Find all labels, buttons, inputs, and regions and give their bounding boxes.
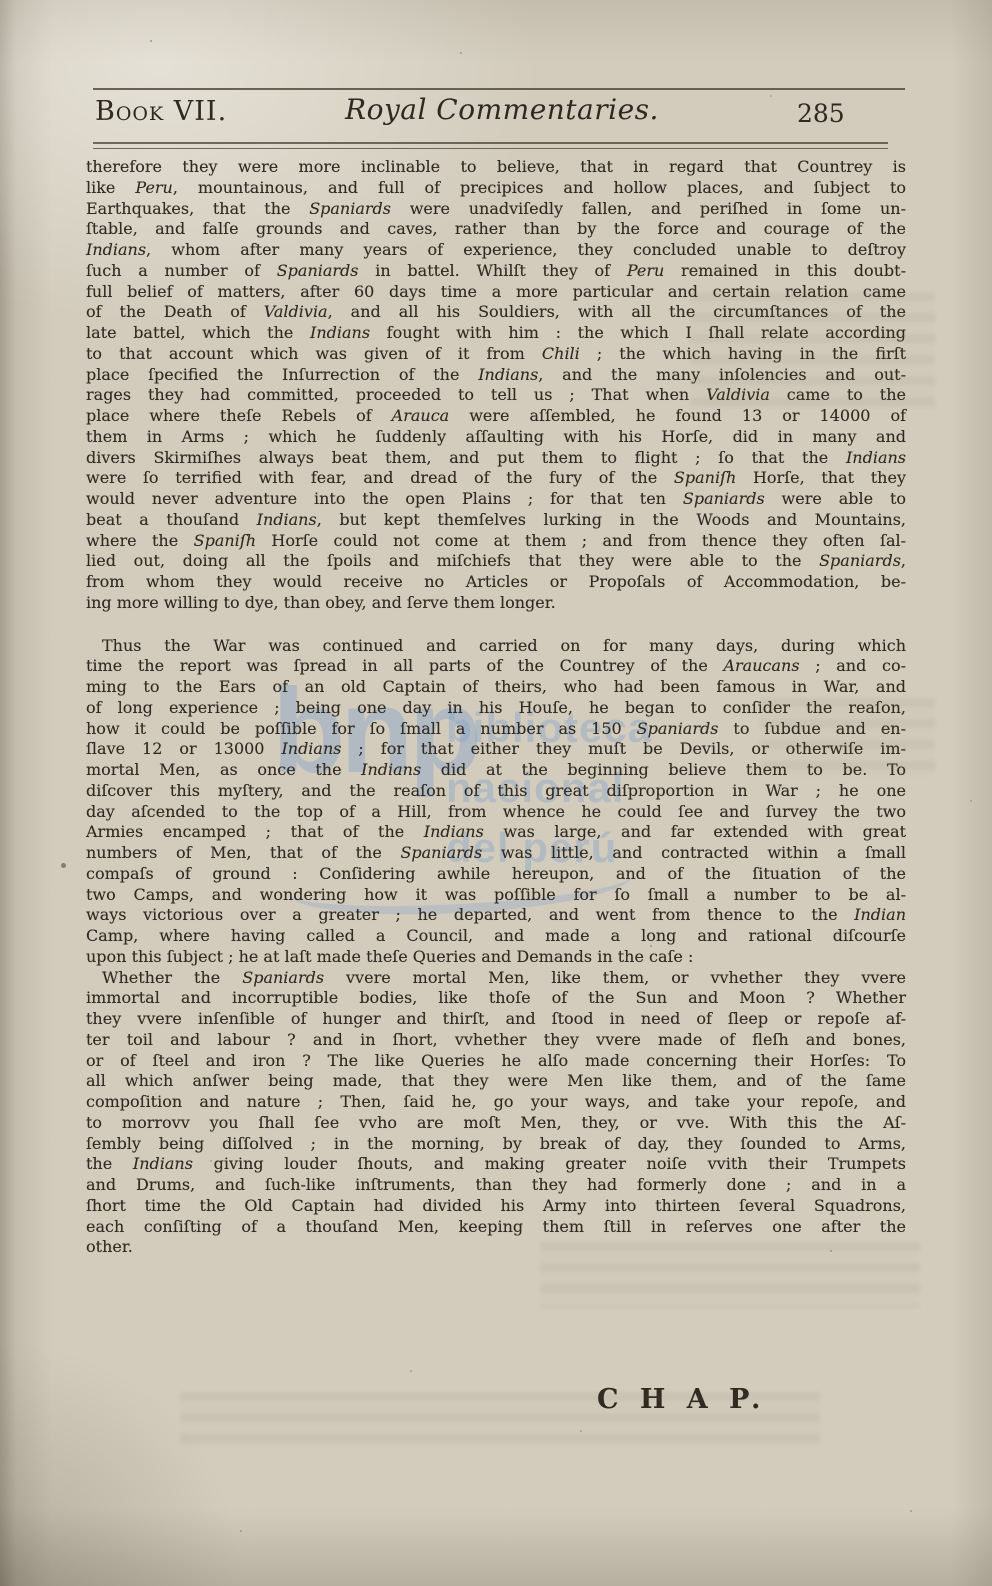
text-line: immortal and incorruptible bodies, like … xyxy=(86,988,906,1009)
text-run: numbers of Men, that of the xyxy=(86,843,400,862)
text-line: were ſo terrified with fear, and dread o… xyxy=(86,468,906,489)
text-run: other. xyxy=(86,1237,133,1256)
italic-text-run: Spaniards xyxy=(819,551,901,570)
text-run: place ſpecified the Inſurrection of the xyxy=(86,365,478,384)
paper-specks xyxy=(150,40,152,42)
text-run: ſtable, and falſe grounds and caves, rat… xyxy=(86,219,906,238)
text-run: therefore they were more inclinable to b… xyxy=(86,157,906,176)
text-run: would never adventure into the open Plai… xyxy=(86,489,683,508)
bleed-through-artifact xyxy=(180,1392,820,1448)
text-run: each conſiſting of a thouſand Men, keepi… xyxy=(86,1217,906,1236)
text-run: vvere mortal Men, like them, or vvhether… xyxy=(324,968,906,987)
text-run: and Drums, and ſuch-like inſtruments, th… xyxy=(86,1175,906,1194)
bleed-through-artifact xyxy=(760,698,935,778)
text-line: or of ſteel and iron ? The like Queries … xyxy=(86,1051,906,1072)
text-run: them in Arms ; which he ſuddenly aſſault… xyxy=(86,427,906,446)
text-run: was large, and far extended with great xyxy=(484,822,906,841)
italic-text-run: Peru xyxy=(135,178,172,197)
italic-text-run: Araucans xyxy=(723,656,799,675)
bleed-through-artifact xyxy=(690,292,935,410)
text-run: Whether the xyxy=(102,968,242,987)
text-run: two Camps, and wondering how it was poſſ… xyxy=(86,885,906,904)
italic-text-run: Indians xyxy=(424,822,484,841)
text-run: in battel. Whilſt they of xyxy=(359,261,627,280)
italic-text-run: Spaniards xyxy=(277,261,359,280)
text-line: day aſcended to the top of a Hill, from … xyxy=(86,802,906,823)
text-run: ſhort time the Old Captain had divided h… xyxy=(86,1196,906,1215)
page-number: 285 xyxy=(797,99,845,128)
text-run: lied out, doing all the ſpoils and miſch… xyxy=(86,551,819,570)
text-line: compaſs of ground : Conſidering awhile h… xyxy=(86,864,906,885)
text-line: Camp, where having called a Council, and… xyxy=(86,926,906,947)
text-run: were able to xyxy=(765,489,906,508)
text-run: how it could be poſſible for ſo ſmall a … xyxy=(86,719,637,738)
text-line: ſuch a number of Spaniards in battel. Wh… xyxy=(86,261,906,282)
text-run: place where theſe Rebels of xyxy=(86,406,392,425)
text-line: Indians, whom after many years of experi… xyxy=(86,240,906,261)
text-run: upon this ſubject ; he at laſt made theſ… xyxy=(86,947,693,966)
text-run: where the xyxy=(86,531,194,550)
italic-text-run: Spaniſh xyxy=(674,468,736,487)
text-line: upon this ſubject ; he at laſt made theſ… xyxy=(86,947,906,968)
text-line: Earthquakes, that the Spaniards were una… xyxy=(86,199,906,220)
text-line: numbers of Men, that of the Spaniards wa… xyxy=(86,843,906,864)
text-line: from whom they would receive no Articles… xyxy=(86,572,906,593)
text-line: and Drums, and ſuch-like inſtruments, th… xyxy=(86,1175,906,1196)
header-rule-top xyxy=(93,88,905,90)
text-run: , xyxy=(901,551,906,570)
text-line: all which anſwer being made, that they w… xyxy=(86,1071,906,1092)
text-line: time the report was ſpread in all parts … xyxy=(86,656,906,677)
text-run: , mountainous, and full of precipices an… xyxy=(173,178,906,197)
text-run: mortal Men, as once the xyxy=(86,760,361,779)
text-line: ways victorious over a greater ; he depa… xyxy=(86,905,906,926)
text-run: Thus the War was continued and carried o… xyxy=(102,636,906,655)
text-line: therefore they were more inclinable to b… xyxy=(86,157,906,178)
text-line: Whether the Spaniards vvere mortal Men, … xyxy=(86,968,906,989)
text-line: ming to the Ears of an old Captain of th… xyxy=(86,677,906,698)
text-run: ways victorious over a greater ; he depa… xyxy=(86,905,854,924)
text-run: they vvere inſenſible of hunger and thir… xyxy=(86,1009,906,1028)
text-line: two Camps, and wondering how it was poſſ… xyxy=(86,885,906,906)
text-run: diſcover this myſtery, and the reaſon of… xyxy=(86,781,906,800)
margin-mark xyxy=(61,863,66,868)
text-line: each conſiſting of a thouſand Men, keepi… xyxy=(86,1217,906,1238)
text-run: ſlave 12 or 13000 xyxy=(86,739,281,758)
text-run: was little, and contracted within a ſmal… xyxy=(482,843,906,862)
text-run: compoſition and nature ; Then, ſaid he, … xyxy=(86,1092,906,1111)
text-run: the xyxy=(86,1154,133,1173)
text-line: like Peru, mountainous, and full of prec… xyxy=(86,178,906,199)
text-run: time the report was ſpread in all parts … xyxy=(86,656,723,675)
book-label: Book VII. xyxy=(95,96,227,127)
text-run: divers Skirmiſhes always beat them, and … xyxy=(86,448,846,467)
text-line: Thus the War was continued and carried o… xyxy=(86,636,906,657)
text-run: ter toil and labour ? and in ſhort, vvhe… xyxy=(86,1030,906,1049)
text-run: were ſo terrified with fear, and dread o… xyxy=(86,468,674,487)
italic-text-run: Spaniards xyxy=(683,489,765,508)
text-run: of the Death of xyxy=(86,302,264,321)
text-line: would never adventure into the open Plai… xyxy=(86,489,906,510)
text-run: ſembly being diſſolved ; in the morning,… xyxy=(86,1134,906,1153)
italic-text-run: Peru xyxy=(627,261,664,280)
text-run: Camp, where having called a Council, and… xyxy=(86,926,906,945)
text-line: ſtable, and falſe grounds and caves, rat… xyxy=(86,219,906,240)
text-run: Earthquakes, that the xyxy=(86,199,309,218)
text-run: immortal and incorruptible bodies, like … xyxy=(86,988,906,1007)
text-line: Armies encamped ; that of the Indians wa… xyxy=(86,822,906,843)
text-line: compoſition and nature ; Then, ſaid he, … xyxy=(86,1092,906,1113)
text-run: or of ſteel and iron ? The like Queries … xyxy=(86,1051,906,1070)
italic-text-run: Indians xyxy=(310,323,370,342)
bleed-through-artifact xyxy=(540,1242,920,1308)
text-run: late battel, which the xyxy=(86,323,310,342)
text-line: beat a thouſand Indians, but kept themſe… xyxy=(86,510,906,531)
text-run: to that account which was given of it fr… xyxy=(86,344,542,363)
text-run: Horſe, that they xyxy=(736,468,906,487)
book-page-scan: bnp biblioteca nacional del perú Book VI… xyxy=(0,0,992,1586)
italic-text-run: Indians xyxy=(846,448,906,467)
text-line: where the Spaniſh Horſe could not come a… xyxy=(86,531,906,552)
paragraph: Whether the Spaniards vvere mortal Men, … xyxy=(86,968,906,1259)
text-run: remained in this doubt- xyxy=(664,261,906,280)
italic-text-run: Arauca xyxy=(392,406,450,425)
header-rule-bottom xyxy=(93,142,888,149)
italic-text-run: Indians xyxy=(86,240,146,259)
text-run: giving louder ſhouts, and making greater… xyxy=(193,1154,906,1173)
text-line: diſcover this myſtery, and the reaſon of… xyxy=(86,781,906,802)
italic-text-run: Indians xyxy=(133,1154,193,1173)
italic-text-run: Indians xyxy=(257,510,317,529)
text-run: ming to the Ears of an old Captain of th… xyxy=(86,677,906,696)
text-line: divers Skirmiſhes always beat them, and … xyxy=(86,448,906,469)
italic-text-run: Valdivia xyxy=(264,302,328,321)
text-run: , but kept themſelves lurking in the Woo… xyxy=(317,510,906,529)
text-run: to morrovv you ſhall ſee vvho are moſt M… xyxy=(86,1113,906,1132)
text-line: ter toil and labour ? and in ſhort, vvhe… xyxy=(86,1030,906,1051)
italic-text-run: Indian xyxy=(854,905,906,924)
text-line: ing more willing to dye, than obey, and … xyxy=(86,593,906,614)
text-line: ſhort time the Old Captain had divided h… xyxy=(86,1196,906,1217)
text-run: were unadviſedly fallen, and periſhed in… xyxy=(391,199,906,218)
text-run: Armies encamped ; that of the xyxy=(86,822,424,841)
italic-text-run: Indians xyxy=(281,739,341,758)
italic-text-run: Spaniards xyxy=(400,843,482,862)
text-run: , whom after many years of experience, t… xyxy=(146,240,906,259)
text-line: them in Arms ; which he ſuddenly aſſault… xyxy=(86,427,906,448)
italic-text-run: Spaniards xyxy=(637,719,719,738)
text-run: rages they had committed, proceeded to t… xyxy=(86,385,706,404)
text-run: ing more willing to dye, than obey, and … xyxy=(86,593,556,612)
italic-text-run: Indians xyxy=(361,760,421,779)
text-line: lied out, doing all the ſpoils and miſch… xyxy=(86,551,906,572)
text-run: ; and co- xyxy=(800,656,906,675)
text-run: like xyxy=(86,178,135,197)
italic-text-run: Spaniards xyxy=(309,199,391,218)
italic-text-run: Spaniards xyxy=(242,968,324,987)
italic-text-run: Spaniſh xyxy=(194,531,256,550)
text-run: Horſe could not come at them ; and from … xyxy=(256,531,906,550)
text-run: from whom they would receive no Articles… xyxy=(86,572,906,591)
text-line: the Indians giving louder ſhouts, and ma… xyxy=(86,1154,906,1175)
italic-text-run: Indians xyxy=(478,365,538,384)
text-line: they vvere inſenſible of hunger and thir… xyxy=(86,1009,906,1030)
text-run: beat a thouſand xyxy=(86,510,257,529)
running-title: Royal Commentaries. xyxy=(345,93,659,126)
italic-text-run: Chili xyxy=(542,344,580,363)
text-run: ſuch a number of xyxy=(86,261,277,280)
text-line: ſembly being diſſolved ; in the morning,… xyxy=(86,1134,906,1155)
text-run: compaſs of ground : Conſidering awhile h… xyxy=(86,864,906,883)
text-line: to morrovv you ſhall ſee vvho are moſt M… xyxy=(86,1113,906,1134)
text-run: all which anſwer being made, that they w… xyxy=(86,1071,906,1090)
text-run: day aſcended to the top of a Hill, from … xyxy=(86,802,906,821)
paragraph: Thus the War was continued and carried o… xyxy=(86,636,906,968)
